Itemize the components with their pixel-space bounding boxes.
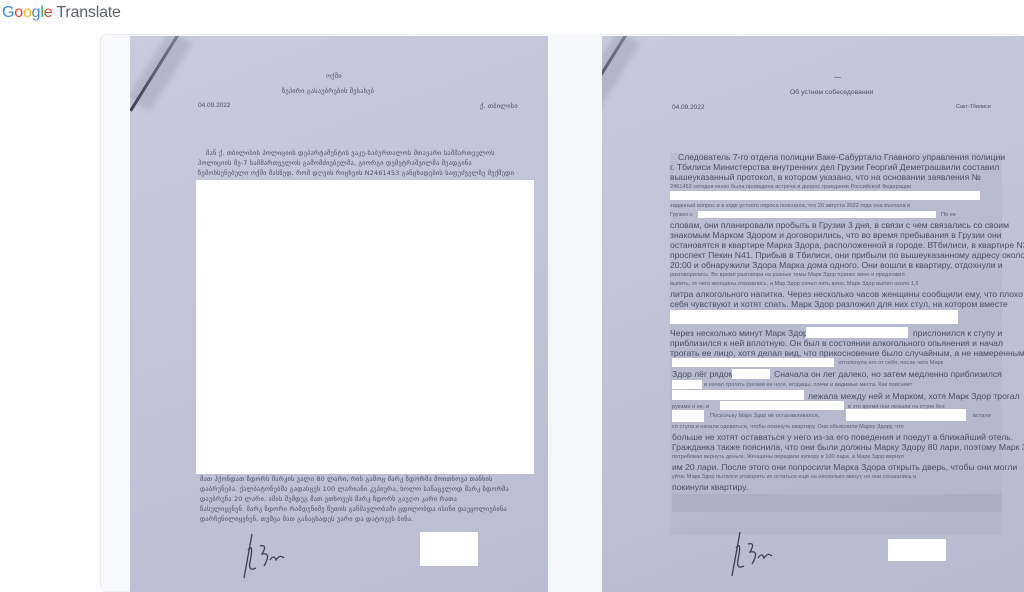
translated-line: По ее [941, 212, 956, 218]
translated-line: разговорились. Во время разговора на раз… [670, 272, 905, 278]
translated-line: уйти. Марк Здор пытался уговорить их ост… [672, 474, 916, 480]
redacted-line [698, 211, 936, 218]
original-place: ქ. თბილისი [480, 102, 518, 110]
translated-line: больше не хотят оставаться у него из-за … [672, 432, 1013, 442]
original-header-1: ოქმი [326, 72, 342, 80]
redacted-line [720, 401, 844, 410]
redacted-line [672, 390, 804, 400]
translated-line: прислонился к ступу и [913, 328, 1002, 338]
pen-shadow [602, 36, 640, 112]
redacted-line [672, 410, 704, 422]
redacted-line [670, 191, 980, 200]
redacted-line [672, 358, 834, 367]
panel-divider [548, 34, 602, 592]
translated-line: Здор лёг рядом [672, 369, 735, 379]
translated-line: трогать ее лицо, хотя делал вид, что при… [670, 348, 1024, 358]
translated-line: приблизился к ней вплотную. Он был в сос… [670, 338, 1003, 348]
translated-line: и начал трогать руками ее ноги, ягодицы,… [704, 382, 912, 388]
translated-line: остановятся в квартире Марка Здора, расп… [670, 240, 1024, 250]
translated-line: Грузию с [670, 212, 693, 218]
pen-shadow [130, 36, 192, 112]
translated-title: Об устном собеседовании [790, 89, 873, 96]
translated-line: проспект Пекин N41. Прибыв в Тбилиси, он… [670, 250, 1024, 260]
translated-line: Гражданка также пояснила, что они были д… [672, 442, 1024, 452]
redacted-line [806, 327, 908, 338]
translated-line: заданный вопрос и в ходе устного опроса … [670, 203, 910, 209]
original-header-2: ზეპირი გასაუბრების შესახებ [282, 87, 374, 95]
translated-line: 20:00 и обнаружили Здора Марка дома одно… [670, 260, 1003, 270]
google-translate-logo[interactable]: GoogleTranslate [2, 4, 121, 22]
original-line: მათ ჰქონდათ ზდორს მარკის ვალი 80 ლარი, რ… [200, 475, 534, 483]
original-line: მან ქ. თბილისის პოლიციის დეპარტამენტის ვ… [206, 149, 536, 157]
translated-line: себя чувствуют и хотят спать. Марк Здор … [670, 299, 1008, 309]
redacted-line [672, 380, 702, 389]
top-bar: GoogleTranslate [0, 0, 1024, 30]
redacted-stamp [420, 532, 478, 566]
translated-line: литра алкогольного напитка. Через нескол… [670, 289, 1023, 299]
translated-line: вышеуказанный протокол, в котором указан… [670, 172, 981, 182]
translated-line: встали [973, 413, 991, 419]
original-line: პოლიციის მე-7 სამმართველოს გამომძიებელმა… [198, 159, 536, 167]
signature-icon [238, 532, 298, 582]
translated-line: со стула и начали одеваться, чтобы покин… [672, 424, 904, 430]
translated-date: 04.09.2022 [672, 104, 705, 111]
redacted-line [846, 409, 966, 421]
original-line: წასულიყვნენ. მარკ ზდორი რამდენიმე წუთის … [200, 505, 534, 513]
translated-line: оттолкнула его от себя, после чего Марк [838, 360, 943, 366]
translated-line: покинули квартиру. [672, 482, 748, 492]
original-line: დაბრუნება. ქალბატონებმა გადასცეს 100 ლარ… [200, 485, 534, 493]
signature-icon [726, 530, 786, 580]
translated-line: лежала между ней и Марком, хотя Марк Здо… [808, 391, 1020, 401]
translated-line: Через несколько минут Марк Здор [670, 328, 808, 338]
redacted-stamp [888, 539, 946, 561]
translated-line: словам, они планировали пробыть в Грузии… [670, 220, 1009, 230]
translated-line: знакомым Марком Здором и договорились, ч… [670, 230, 1002, 240]
redacted-block [196, 180, 534, 474]
header-dash: — [834, 74, 841, 81]
original-line: დაუბრუნა 20 ლარი. ამის შემდეგ მათ ვთხოვე… [200, 495, 534, 503]
translated-line: Сначала он лег далеко, но затем медленно… [774, 369, 1002, 379]
translated-line: им 20 лари. После этого они попросили Ма… [672, 462, 1017, 472]
translated-line: Следователь 7-го отдела полиции Ваке-Саб… [678, 152, 1005, 162]
translated-line: г. Тбилиси Министерства внутренних дел Г… [670, 162, 999, 172]
original-line: დარჩენილიყვნენ, თუმცა მათ განაცხადეს უარ… [200, 515, 534, 523]
translated-line: выпить, от чего женщины отказались, и Ма… [670, 281, 919, 287]
original-document-image: ოქმი ზეპირი გასაუბრების შესახებ 04.09.20… [130, 36, 548, 592]
translated-line: потребовал вернуть деньги. Женщины перед… [672, 454, 904, 460]
redacted-line [732, 369, 770, 379]
empty-translation-block [672, 494, 1002, 512]
original-line: ზემოხსენებული ოქმი მასზედ, რომ დღეის რიც… [198, 169, 536, 177]
translated-line: 2461453 сегодня мною была проведена встр… [670, 184, 911, 190]
translated-place: Сакт-Тбилиси [956, 104, 991, 110]
translated-line: Поскольку Марк Здор не останавливался, [710, 413, 819, 419]
translated-document-image: — Об устном собеседовании 04.09.2022 Сак… [602, 36, 1024, 592]
redacted-line [670, 310, 958, 324]
original-date: 04.09.2022 [198, 102, 231, 109]
